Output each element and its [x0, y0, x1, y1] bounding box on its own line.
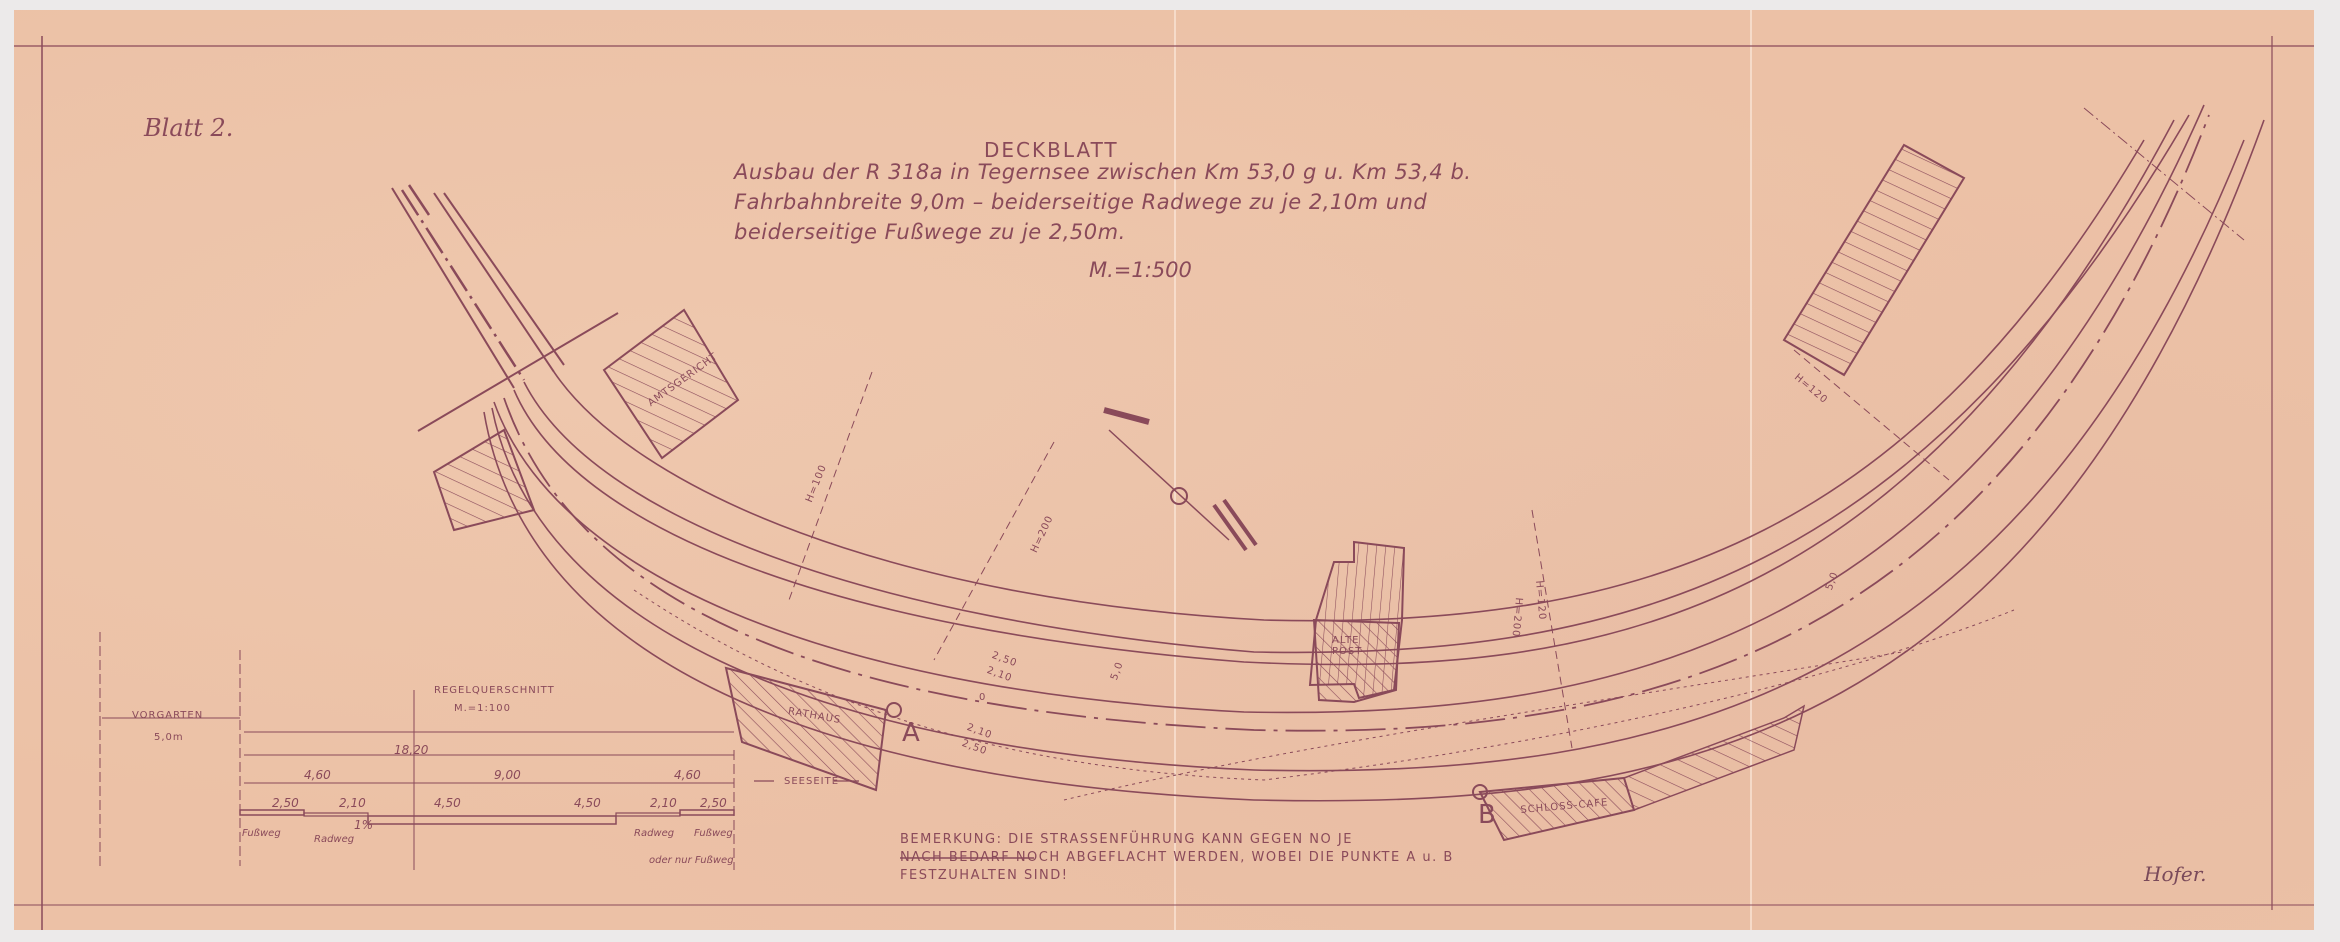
point-b-label: B: [1478, 800, 1496, 830]
segment-top-2: 9,00: [494, 768, 521, 782]
label-footway-left: Fußweg: [242, 828, 281, 839]
plan-dim-center: 0: [979, 692, 986, 703]
segment-bottom-5: 2,10: [650, 796, 677, 810]
remark-line-3: FESTZUHALTEN SIND!: [900, 868, 1068, 883]
cross-section-title: REGELQUERSCHNITT: [434, 685, 555, 696]
segment-bottom-2: 2,10: [339, 796, 366, 810]
subtitle-line-1: Ausbau der R 318a in Tegernsee zwischen …: [734, 160, 1471, 184]
segment-bottom-6: 2,50: [700, 796, 727, 810]
total-width: 18,20: [394, 743, 428, 757]
building-label-alte-post: ALTE POST: [1332, 635, 1372, 657]
segment-bottom-4: 4,50: [574, 796, 601, 810]
label-alt-footway: oder nur Fußweg: [649, 855, 734, 866]
drawing-sheet: Blatt 2. DECKBLATT Ausbau der R 318a in …: [14, 10, 2314, 930]
label-footway-right: Fußweg: [694, 828, 733, 839]
remark-line-1: BEMERKUNG: DIE STRASSENFÜHRUNG KANN GEGE…: [900, 832, 1353, 847]
segment-top-1: 4,60: [304, 768, 331, 782]
segment-top-3: 4,60: [674, 768, 701, 782]
front-garden-width: 5,0m: [154, 732, 184, 743]
signature: Hofer.: [2144, 862, 2206, 886]
drawing-title: DECKBLATT: [984, 138, 1119, 162]
subtitle-line-2: Fahrbahnbreite 9,0m – beiderseitige Radw…: [734, 190, 1427, 214]
plan-drawing: [14, 10, 2314, 930]
slope-label: 1%: [354, 818, 373, 832]
remark-line-2: NACH BEDARF NOCH ABGEFLACHT WERDEN, WOBE…: [900, 850, 1454, 865]
sheet-label: Blatt 2.: [144, 114, 233, 142]
label-cycle-right: Radweg: [634, 828, 674, 839]
cross-section-scale: M.=1:100: [454, 703, 511, 714]
label-cycle-left: Radweg: [314, 834, 354, 845]
plan-scale: M.=1:500: [1089, 258, 1192, 282]
front-garden-label: VORGARTEN: [132, 710, 203, 721]
lake-side-label: SEESEITE: [784, 776, 839, 787]
segment-bottom-3: 4,50: [434, 796, 461, 810]
segment-bottom-1: 2,50: [272, 796, 299, 810]
subtitle-line-3: beiderseitige Fußwege zu je 2,50m.: [734, 220, 1126, 244]
point-a-label: A: [902, 718, 920, 748]
